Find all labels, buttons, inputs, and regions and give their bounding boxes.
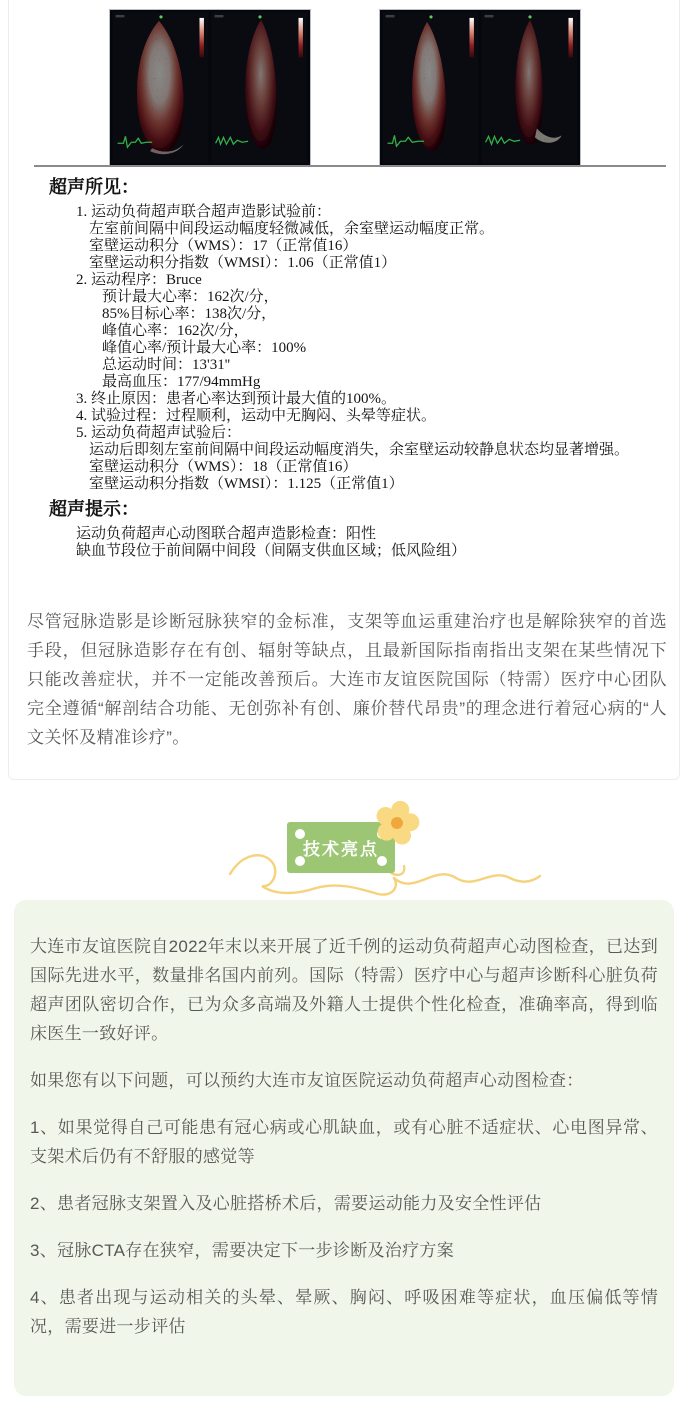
- report-line: 3. 终止原因：患者心率达到预计最大值的100%。: [76, 391, 665, 408]
- echo-panel-pre-exercise: [109, 9, 311, 166]
- flower-icon: [371, 797, 423, 849]
- report-line: 运动后即刻左室前间隔中间段运动幅度消失，余室壁运动较静息状态均显著增强。: [89, 442, 665, 459]
- report-line: 室壁运动积分指数（WMSI）：1.06（正常值1）: [89, 255, 665, 272]
- echo-ultrasound-image: [112, 12, 209, 163]
- report-line: 室壁运动积分指数（WMSI）：1.125（正常值1）: [89, 476, 665, 493]
- article-paragraph: 尽管冠脉造影是诊断冠脉狭窄的金标准，支架等血运重建治疗也是解除狭窄的首选手段，但…: [27, 607, 667, 752]
- report-line: 85%目标心率：138次/分，: [102, 306, 665, 323]
- highlight-paragraph: 如果您有以下问题，可以预约大连市友谊医院运动负荷超声心动图检查：: [30, 1066, 658, 1095]
- highlight-item: 4、患者出现与运动相关的头晕、晕厥、胸闷、呼吸困难等症状，血压偏低等情况，需要进…: [30, 1283, 658, 1341]
- report-impression-heading: 超声提示：: [49, 499, 665, 519]
- echo-panel-post-exercise: [379, 9, 581, 166]
- report-line: 4. 试验过程：过程顺利，运动中无胸闷、头晕等症状。: [76, 408, 665, 425]
- report-line: 预计最大心率：162次/分，: [102, 289, 665, 306]
- report-line: 峰值心率：162次/分，: [102, 323, 665, 340]
- highlight-item: 1、如果觉得自己可能患有冠心病或心肌缺血，或有心脏不适症状、心电图异常、支架术后…: [30, 1113, 658, 1171]
- badge-corner-dot: [295, 829, 305, 839]
- badge-corner-dot: [295, 856, 305, 866]
- echo-ultrasound-image: [481, 12, 578, 163]
- highlight-item: 3、冠脉CTA存在狭窄，需要决定下一步诊断及治疗方案: [30, 1236, 658, 1265]
- article-card: 超声所见： 1. 运动负荷超声联合超声造影试验前： 左室前间隔中间段运动幅度轻微…: [8, 0, 680, 780]
- highlight-item: 2、患者冠脉支架置入及心脏搭桥术后，需要运动能力及安全性评估: [30, 1189, 658, 1218]
- report-line: 左室前间隔中间段运动幅度轻微减低，余室壁运动幅度正常。: [89, 221, 665, 238]
- report-line: 缺血节段位于前间隔中间段（间隔支供血区域；低风险组）: [76, 543, 665, 560]
- report-line: 5. 运动负荷超声试验后：: [76, 425, 665, 442]
- report-line: 最高血压：177/94mmHg: [102, 374, 665, 391]
- report-line: 室壁运动积分（WMS）：17（正常值16）: [89, 238, 665, 255]
- report-top-rule: [34, 165, 666, 167]
- badge-corner-dot: [377, 856, 387, 866]
- report-line: 总运动时间：13'31'': [102, 357, 665, 374]
- highlight-paragraph: 大连市友谊医院自2022年末以来开展了近千例的运动负荷超声心动图检查，已达到国际…: [30, 932, 658, 1048]
- report-findings-heading: 超声所见：: [49, 177, 665, 197]
- ultrasound-report: 超声所见： 1. 运动负荷超声联合超声造影试验前： 左室前间隔中间段运动幅度轻微…: [49, 177, 665, 560]
- echo-ultrasound-image: [382, 12, 479, 163]
- report-line: 室壁运动积分（WMS）：18（正常值16）: [89, 459, 665, 476]
- echo-ultrasound-image: [211, 12, 308, 163]
- badge-label: 技术亮点: [303, 835, 379, 860]
- report-line: 2. 运动程序：Bruce: [76, 272, 665, 289]
- report-line: 运动负荷超声心动图联合超声造影检查：阳性: [76, 526, 665, 543]
- highlight-panel: 大连市友谊医院自2022年末以来开展了近千例的运动负荷超声心动图检查，已达到国际…: [14, 900, 674, 1396]
- report-line: 峰值心率/预计最大心率：100%: [102, 340, 665, 357]
- echo-image-row: [109, 9, 581, 166]
- report-line: 1. 运动负荷超声联合超声造影试验前：: [76, 204, 665, 221]
